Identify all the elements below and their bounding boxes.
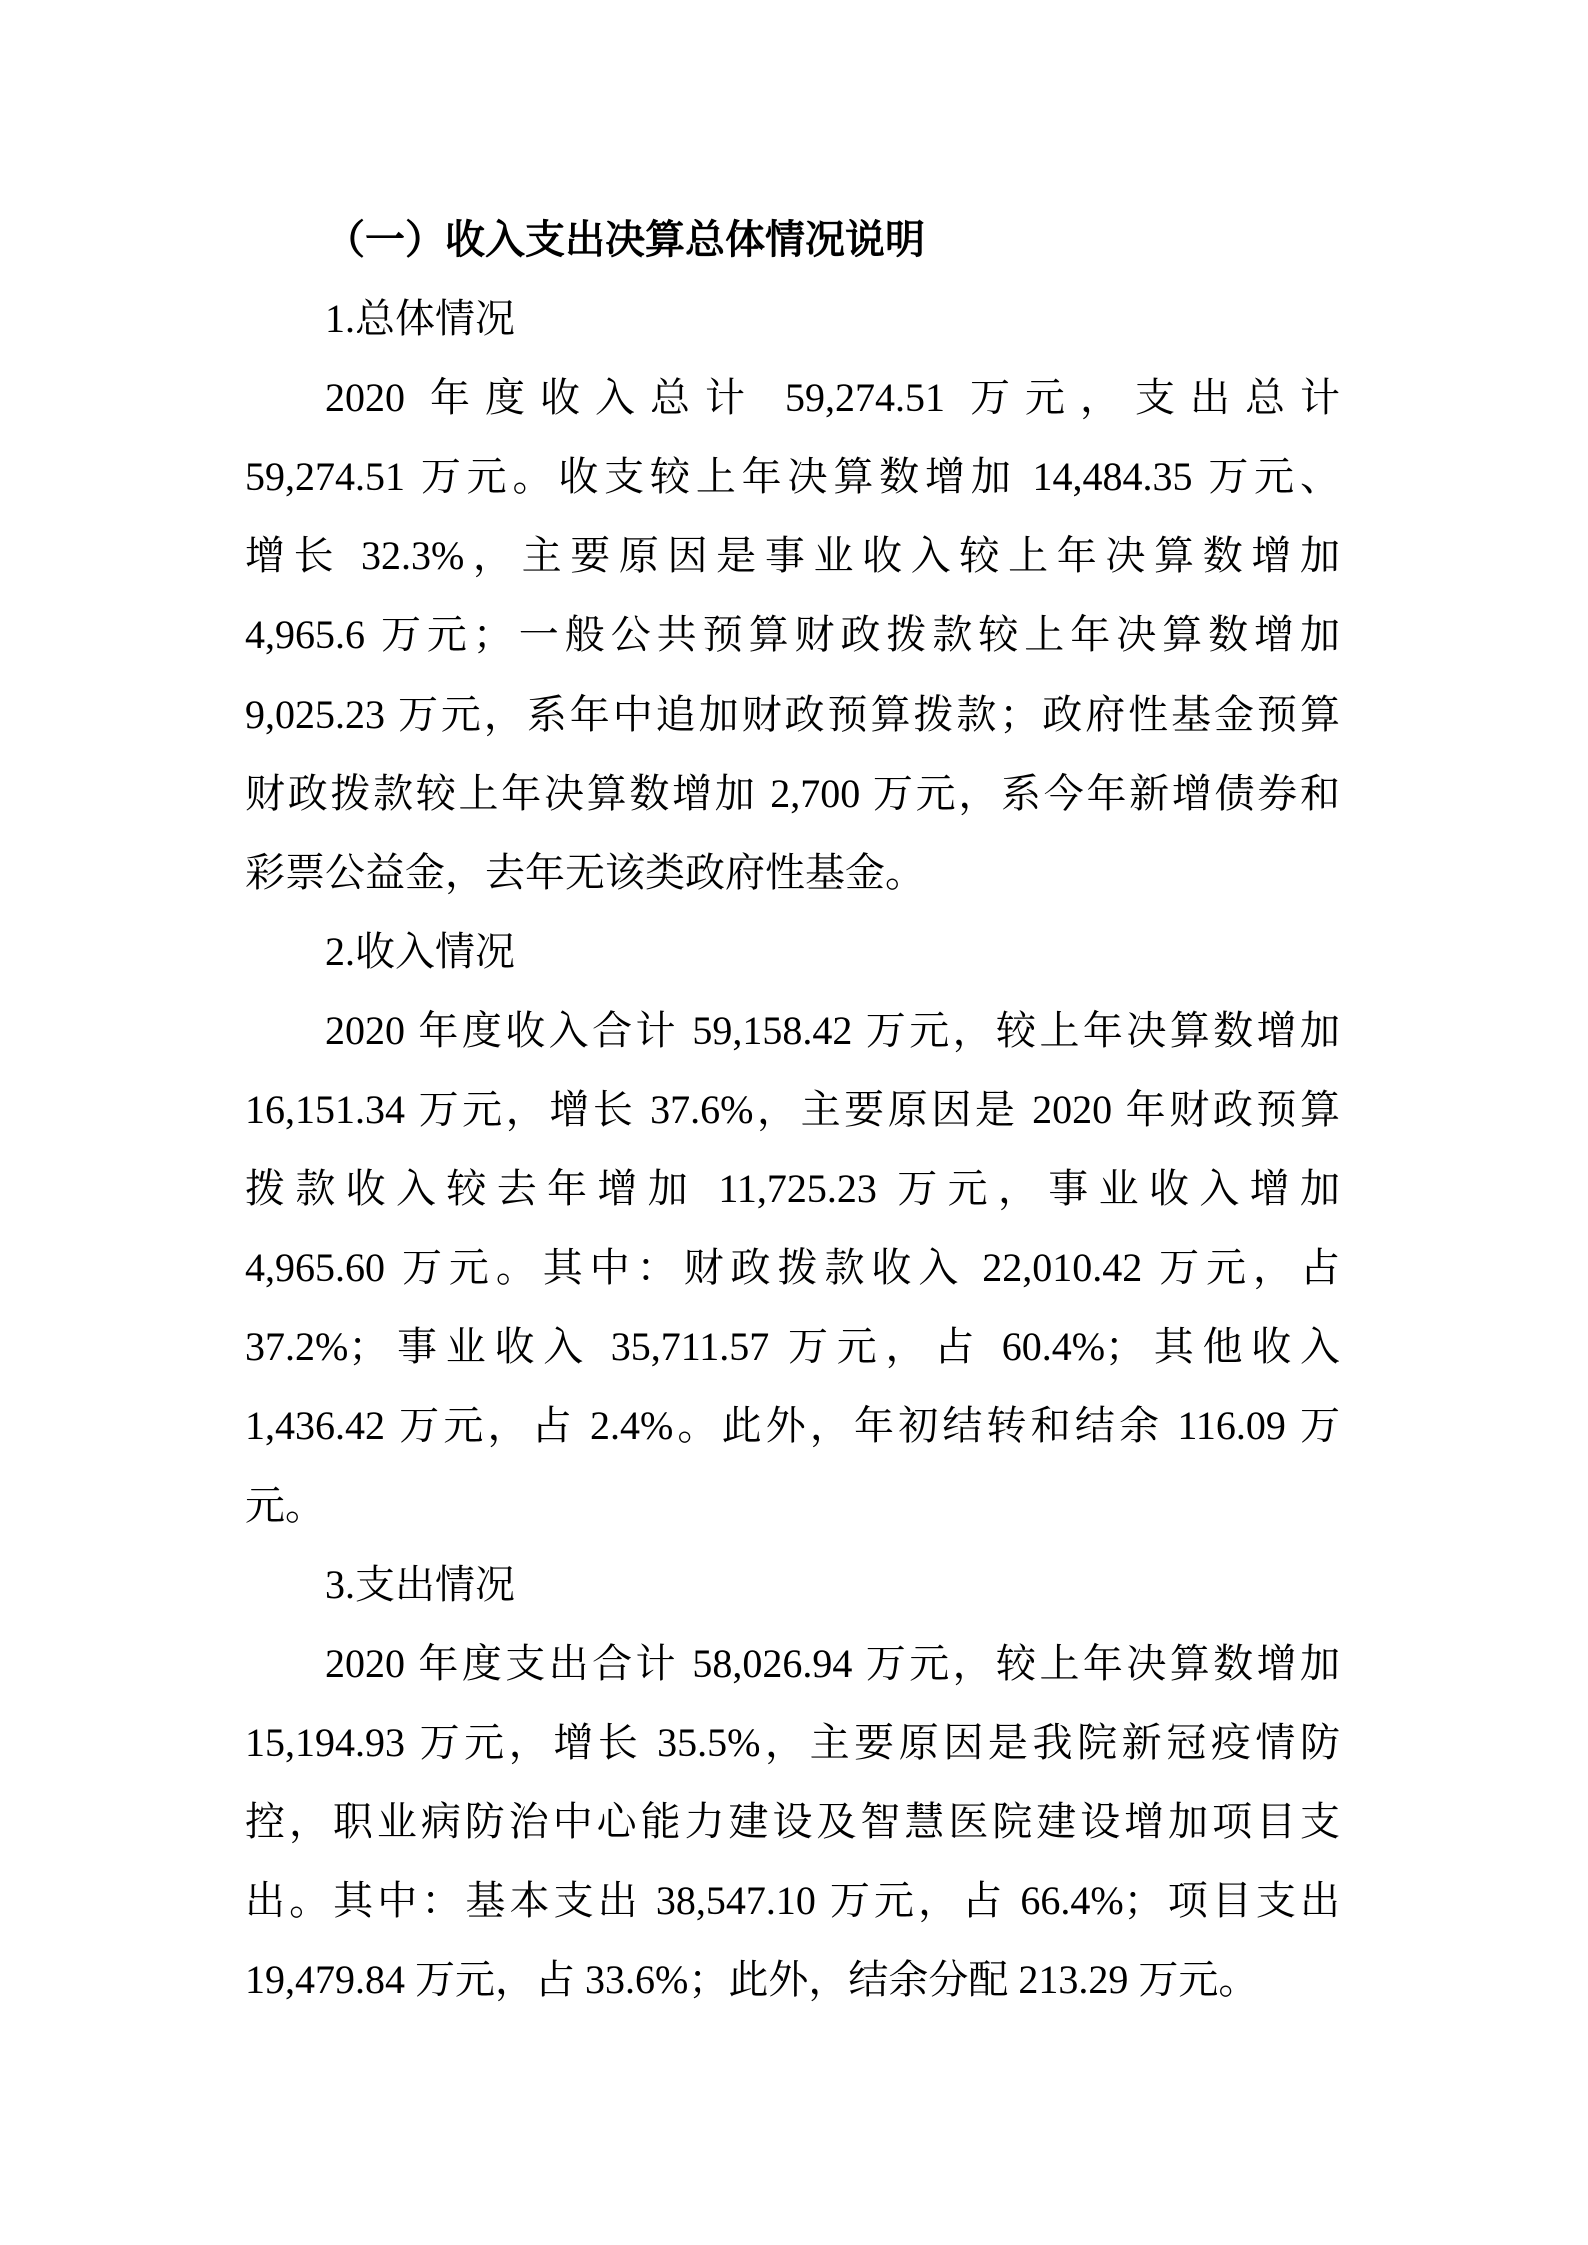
- text-line: 19,479.84 万元，占 33.6%；此外，结余分配 213.29 万元。: [245, 1940, 1340, 2019]
- text-line: 16,151.34 万元，增长 37.6%，主要原因是 2020 年财政预算: [245, 1070, 1340, 1149]
- text-line: 15,194.93 万元，增长 35.5%，主要原因是我院新冠疫情防: [245, 1703, 1340, 1782]
- text-line: 2020 年度收入总计 59,274.51 万元，支出总计: [245, 358, 1340, 437]
- text-line: 增长 32.3%，主要原因是事业收入较上年决算数增加: [245, 516, 1340, 595]
- text-line: 37.2%；事业收入 35,711.57 万元，占 60.4%；其他收入: [245, 1307, 1340, 1386]
- text-line: 财政拨款较上年决算数增加 2,700 万元，系今年新增债券和: [245, 754, 1340, 833]
- section-heading: （一）收入支出决算总体情况说明: [245, 200, 1340, 279]
- text-line: 59,274.51 万元。收支较上年决算数增加 14,484.35 万元、: [245, 437, 1340, 516]
- text-line: 4,965.60 万元。其中：财政拨款收入 22,010.42 万元，占: [245, 1228, 1340, 1307]
- text-line: 彩票公益金，去年无该类政府性基金。: [245, 833, 1340, 912]
- subsection-heading: 1.总体情况: [245, 279, 1340, 358]
- text-line: 拨款收入较去年增加 11,725.23 万元，事业收入增加: [245, 1149, 1340, 1228]
- text-line: 1,436.42 万元，占 2.4%。此外，年初结转和结余 116.09 万: [245, 1386, 1340, 1465]
- text-line: 出。其中：基本支出 38,547.10 万元，占 66.4%；项目支出: [245, 1861, 1340, 1940]
- text-line: 元。: [245, 1466, 1340, 1545]
- text-line: 4,965.6 万元；一般公共预算财政拨款较上年决算数增加: [245, 595, 1340, 674]
- subsection-heading: 2.收入情况: [245, 912, 1340, 991]
- text-line: 控，职业病防治中心能力建设及智慧医院建设增加项目支: [245, 1782, 1340, 1861]
- text-line: 2020 年度支出合计 58,026.94 万元，较上年决算数增加: [245, 1624, 1340, 1703]
- text-line: 9,025.23 万元，系年中追加财政预算拨款；政府性基金预算: [245, 675, 1340, 754]
- document-page: （一）收入支出决算总体情况说明 1.总体情况 2020 年度收入总计 59,27…: [0, 0, 1588, 2245]
- text-line: 2020 年度收入合计 59,158.42 万元，较上年决算数增加: [245, 991, 1340, 1070]
- subsection-heading: 3.支出情况: [245, 1545, 1340, 1624]
